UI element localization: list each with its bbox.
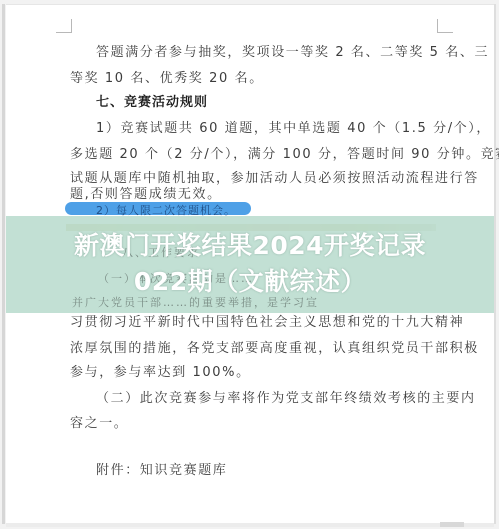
overlay-title-banner: 八、工作要求 （一）本次竞赛活动是…… 并广大党员干部……的重要举措，是学习宣 …	[6, 216, 494, 313]
banner-title-line-2: 022期（文献综述）	[6, 266, 494, 298]
paragraph-line: 参与，参与率达到 100%。	[70, 361, 251, 380]
document-viewer: 答题满分者参与抽奖，奖项设一等奖 2 名、二等奖 5 名、三 等奖 10 名、优…	[0, 0, 499, 529]
page-corner-mark-left-icon	[56, 19, 72, 33]
paragraph-line: 习贯彻习近平新时代中国特色社会主义思想和党的十九大精神	[70, 311, 464, 330]
horizontal-scrollbar[interactable]	[6, 523, 494, 527]
section-heading: 七、竞赛活动规则	[96, 91, 208, 110]
page-corner-mark-right-icon	[437, 19, 453, 33]
paragraph-line: （二）此次竞赛参与率将作为党支部年终绩效考核的主要内	[96, 387, 476, 406]
left-border	[2, 4, 5, 524]
vertical-scrollbar[interactable]	[494, 4, 496, 524]
paragraph-line: 题,否则答题成绩无效。	[70, 183, 222, 202]
attachment-line: 附件：知识竞赛题库	[96, 459, 227, 478]
paragraph-line: 1）竞赛试题共 60 道题，其中单选题 40 个（1.5 分/个），	[96, 117, 491, 136]
paragraph-line: 浓厚氛围的措施，各党支部要高度重视，认真组织党员干部积极	[70, 337, 479, 356]
paragraph-line: 等奖 10 名、优秀奖 20 名。	[70, 67, 264, 86]
paragraph-line: 多选题 20 个（2 分/个），满分 100 分，答题时间 90 分钟。竞赛	[70, 143, 499, 162]
paragraph-line: 容之一。	[70, 412, 128, 431]
scrollbar-thumb[interactable]	[440, 522, 464, 527]
paragraph-line: 答题满分者参与抽奖，奖项设一等奖 2 名、二等奖 5 名、三	[96, 41, 489, 60]
banner-title-line-1: 新澳门开奖结果2024开奖记录	[6, 230, 494, 262]
